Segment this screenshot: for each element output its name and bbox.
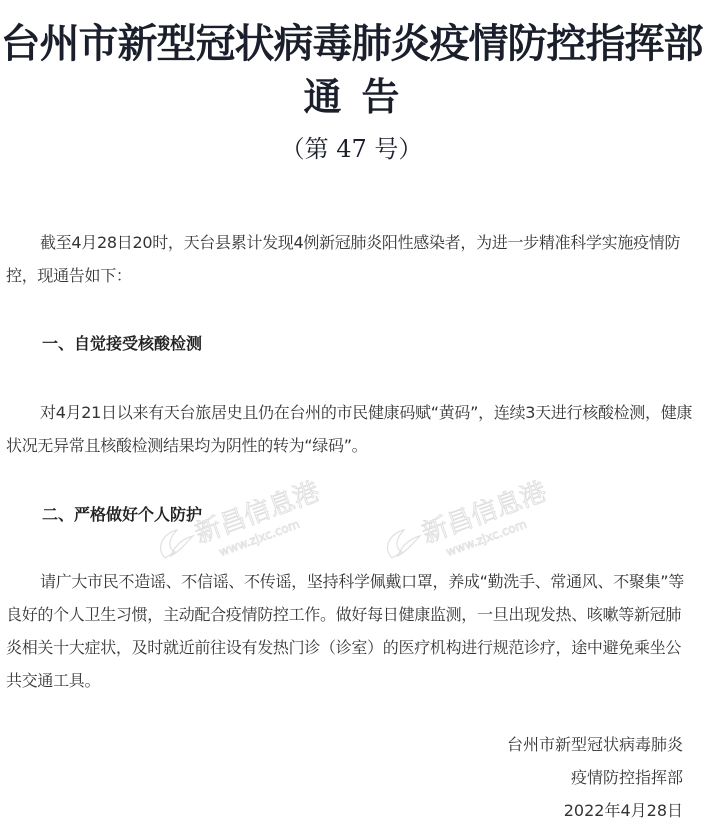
signature-block: 台州市新型冠状病毒肺炎 疫情防控指挥部 2022年4月28日	[507, 728, 683, 827]
svg-text:www.zjxc.com: www.zjxc.com	[444, 517, 528, 559]
section-text-personal-protection: 请广大市民不造谣、不信谣、不传谣，坚持科学佩戴口罩，养成“勤洗手、常通风、不聚集…	[6, 565, 696, 697]
signature-org-line2: 疫情防控指挥部	[507, 761, 683, 794]
section-text-nucleic-test: 对4月21日以来有天台旅居史且仍在台州的市民健康码赋“黄码”，连续3天进行核酸检…	[6, 396, 696, 462]
svg-text:新昌信息港: 新昌信息港	[418, 478, 550, 549]
intro-paragraph: 截至4月28日20时，天台县累计发现4例新冠肺炎阳性感染者，为进一步精准科学实施…	[6, 226, 696, 292]
notice-title: 台州市新型冠状病毒肺炎疫情防控指挥部	[0, 18, 703, 70]
signature-org-line1: 台州市新型冠状病毒肺炎	[507, 728, 683, 761]
section-heading-nucleic-test: 一、自觉接受核酸检测	[42, 332, 202, 356]
notice-number: （第 47 号）	[0, 132, 703, 166]
signature-date: 2022年4月28日	[507, 794, 683, 827]
svg-text:www.zjxc.com: www.zjxc.com	[217, 517, 301, 559]
leaf-icon	[388, 530, 404, 558]
section-heading-personal-protection: 二、严格做好个人防护	[42, 503, 202, 527]
watermark-logo: 新昌信息港 www.zjxc.com	[372, 478, 552, 568]
leaf-icon	[161, 530, 177, 558]
notice-type-heading: 通告	[0, 72, 703, 122]
svg-text:新昌信息港: 新昌信息港	[191, 478, 323, 549]
